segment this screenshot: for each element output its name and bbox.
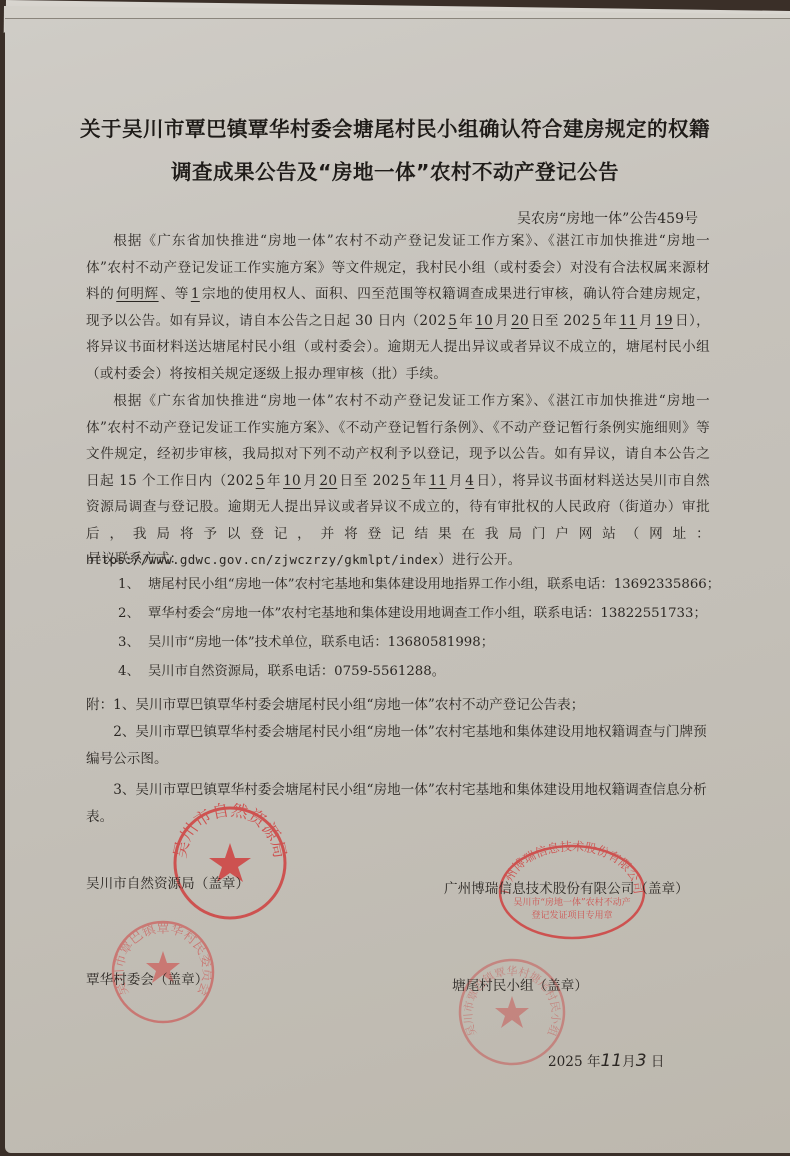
- signature-village-group: 塘尾村民小组（盖章）: [452, 974, 588, 994]
- bureau-seal-stamp: 吴川市自然资源局: [170, 803, 290, 923]
- contacts-heading: 异议联系方式：: [88, 547, 183, 567]
- applicant-name: 何明辉: [114, 286, 160, 302]
- signature-natural-resources-bureau: 吴川市自然资源局（盖章）: [86, 872, 249, 892]
- title-line-1: 关于吴川市覃巴镇覃华村委会塘尾村民小组确认符合建房规定的权籍: [0, 112, 790, 142]
- contact-item: 3、吴川市“房地一体”技术单位，联系电话：13680581998；: [118, 628, 738, 657]
- contact-item: 1、塘尾村民小组“房地一体”农村宅基地和集体建设用地指界工作小组，联系电话：13…: [118, 570, 738, 599]
- handwritten-day: 3: [636, 1051, 647, 1071]
- document-number: 吴农房“房地一体”公告459号: [517, 208, 698, 228]
- signature-company: 广州博瑞信息技术股份有限公司（盖章）: [444, 877, 689, 897]
- paragraph-rights-survey: 根据《广东省加快推进“房地一体”农村不动产登记发证工作方案》、《湛江市加快推进“…: [86, 228, 710, 387]
- svg-text:吴川市“房地一体”农村不动产: 吴川市“房地一体”农村不动产: [513, 896, 630, 908]
- title-line-2: 调查成果公告及“房地一体”农村不动产登记公告: [0, 155, 790, 185]
- svg-text:登记发证项目专用章: 登记发证项目专用章: [531, 909, 612, 921]
- signature-village-committee: 覃华村委会（盖章）: [86, 968, 208, 988]
- attachment-item: 2、吴川市覃巴镇覃华村委会塘尾村民小组“房地一体”农村宅基地和集体建设用地权籍调…: [86, 719, 718, 773]
- star-icon: [495, 996, 529, 1028]
- contact-item: 2、覃华村委会“房地一体”农村宅基地和集体建设用地调查工作小组，联系电话：138…: [118, 599, 738, 628]
- handwritten-month: 11: [601, 1051, 623, 1071]
- attachment-item: 附：1、吴川市覃巴镇覃华村委会塘尾村民小组“房地一体”农村不动产登记公告表；: [86, 692, 718, 719]
- contacts-list: 1、塘尾村民小组“房地一体”农村宅基地和集体建设用地指界工作小组，联系电话：13…: [118, 570, 738, 686]
- paragraph-registration: 根据《广东省加快推进“房地一体”农村不动产登记发证工作方案》、《湛江市加快推进“…: [86, 388, 710, 574]
- parcel-count: 1: [189, 286, 202, 302]
- document-date: 2025 年11月3 日: [548, 1050, 665, 1071]
- contact-item: 4、吴川市自然资源局，联系电话：0759-5561288。: [118, 657, 738, 686]
